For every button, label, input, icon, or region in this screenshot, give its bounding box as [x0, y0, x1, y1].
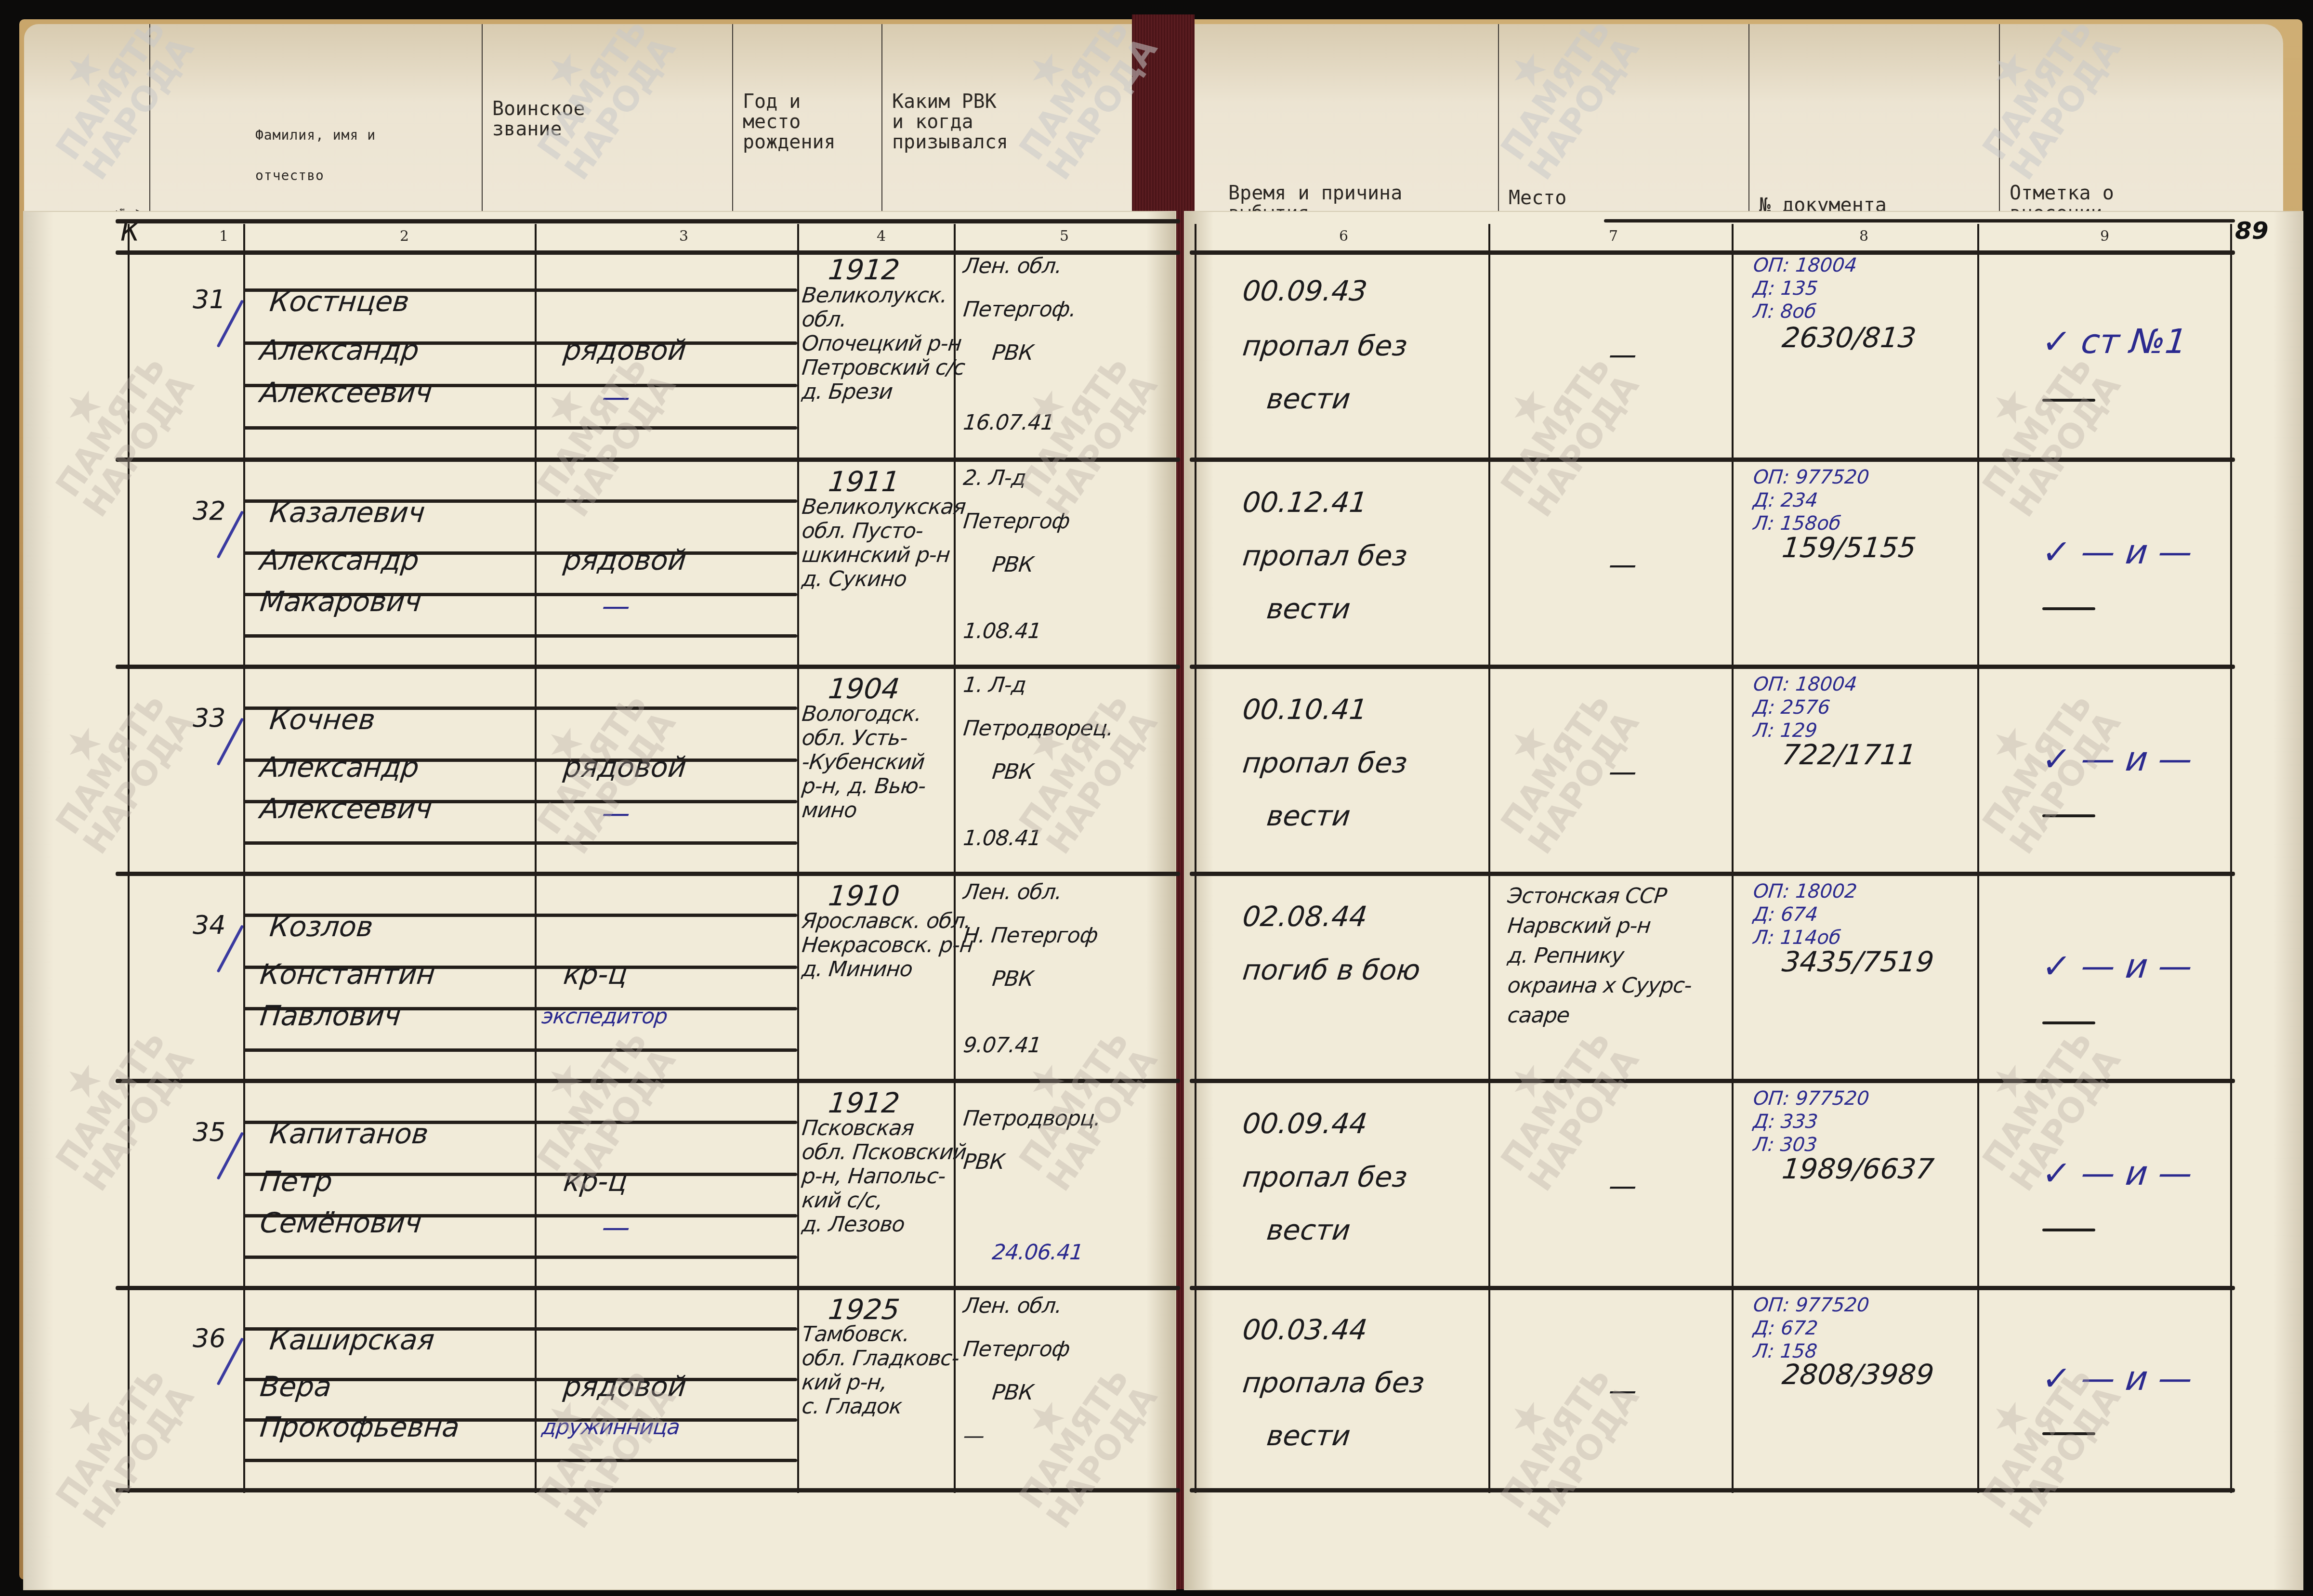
document-ref-op: ОП: 18004 [1752, 674, 1858, 695]
document-ref-l: Л: 158об [1752, 513, 1842, 534]
column-number: 6 [1339, 228, 1348, 245]
column-divider [535, 224, 537, 1493]
memory-book-mark: ✓ — и — [2041, 1363, 2194, 1393]
name-sub-rule [243, 1048, 797, 1052]
memory-book-mark: ✓ — и — [2041, 951, 2194, 981]
birth-place-line: Тамбовск. [801, 1323, 910, 1346]
first-name: Петр [259, 1166, 334, 1196]
departure-reason: погиб в бою [1241, 955, 1422, 985]
document-ref-d: Д: 333 [1752, 1111, 1819, 1132]
departure-date: 00.12.41 [1241, 487, 1369, 517]
column-divider [1977, 224, 1979, 1493]
conscription-line: РВК [991, 341, 1034, 365]
birth-year: 1904 [827, 674, 901, 704]
birth-year: 1910 [827, 881, 901, 911]
mark-dash [2042, 1432, 2095, 1435]
departure-date: 00.03.44 [1241, 1315, 1369, 1345]
birth-place-line: мино [801, 799, 858, 822]
conscription-line: — [962, 1425, 985, 1448]
birth-place-line: кий р-н, [801, 1371, 888, 1394]
name-sub-rule [243, 1459, 797, 1462]
row-separator [116, 1286, 1180, 1290]
burial-place: — [1607, 1375, 1639, 1405]
document-ref-d: Д: 672 [1752, 1318, 1819, 1339]
conscription-line: 2. Л-д [962, 467, 1026, 490]
birth-place-line: д. Минино [801, 958, 913, 981]
first-name: Александр [259, 752, 421, 782]
birth-place-line: -Кубенский [801, 751, 925, 774]
departure-date: 00.10.41 [1241, 694, 1369, 724]
first-name: Александр [259, 335, 421, 365]
entry-number: 35 [193, 1117, 226, 1147]
patronymic: Павлович [259, 1001, 403, 1031]
surname: Костнцев [268, 287, 411, 316]
conscription-line: Петергоф [962, 510, 1070, 533]
departure-reason: пропал без [1241, 331, 1409, 361]
conscription-line: Н. Петергоф [962, 924, 1099, 947]
birth-year: 1912 [827, 255, 901, 285]
column-divider [243, 224, 245, 1493]
column-number: 8 [1859, 228, 1868, 245]
document-ref-op: ОП: 977520 [1752, 1088, 1870, 1109]
first-name: Константин [259, 959, 437, 989]
birth-place-line: обл. Усть- [801, 727, 908, 750]
rank-note: — [601, 1212, 632, 1242]
birth-place-line: Петровский с/с [801, 356, 966, 379]
document-ref-l: Л: 8об [1752, 301, 1817, 322]
column-number: 3 [679, 228, 688, 245]
column-number: 2 [400, 228, 409, 245]
document-number: 722/1711 [1781, 740, 1918, 770]
first-name: Александр [259, 545, 421, 575]
rank: рядовой [562, 545, 688, 575]
row-separator [116, 1488, 1180, 1492]
birth-place-line: Великолукск. [801, 284, 948, 307]
name-sub-rule [243, 426, 797, 430]
mark-dash [2042, 607, 2095, 610]
birth-place-line: д. Брези [801, 380, 894, 404]
birth-year: 1912 [827, 1088, 901, 1118]
rank-note: — [601, 591, 632, 621]
column-divider [954, 224, 956, 1493]
burial-place: — [1607, 757, 1639, 786]
document-ref-l: Л: 114об [1752, 927, 1842, 948]
rank: кр-ц [562, 959, 629, 989]
burial-place: — [1607, 1171, 1639, 1201]
departure-date: 00.09.44 [1241, 1109, 1369, 1138]
departure-reason: пропал без [1241, 541, 1409, 571]
burial-place-line: окраина х Суурс- [1506, 974, 1693, 997]
conscription-line: Петродворец. [962, 717, 1114, 740]
departure-reason: вести [1265, 594, 1352, 624]
birth-place-line: р-н, Напольс- [801, 1165, 946, 1188]
birth-place-line: шкинский р-н [801, 544, 951, 567]
surname: Кочнев [268, 705, 377, 734]
surname: Капитанов [268, 1119, 430, 1149]
conscription-line: Лен. обл. [962, 1295, 1063, 1318]
document-ref-d: Д: 674 [1752, 904, 1819, 925]
departure-reason: пропал без [1241, 1162, 1409, 1192]
document-ref-op: ОП: 977520 [1752, 467, 1870, 488]
document-ref-op: ОП: 977520 [1752, 1295, 1870, 1316]
departure-date: 00.09.43 [1241, 276, 1369, 306]
column-number: 7 [1609, 228, 1618, 245]
row-separator [1190, 872, 2235, 876]
birth-place-line: д. Сукино [801, 568, 907, 591]
surname: Каширская [268, 1325, 436, 1355]
patronymic: Семёнович [259, 1208, 423, 1238]
conscription-line: РВК [991, 1381, 1034, 1404]
conscription-line: 1.08.41 [962, 620, 1042, 643]
mark-dash [2042, 399, 2095, 402]
conscription-line: Лен. обл. [962, 881, 1063, 904]
rank-note: — [601, 798, 632, 828]
conscription-line: 1. Л-д [962, 674, 1026, 697]
entry-number: 36 [193, 1323, 226, 1353]
memory-book-mark: ✓ — и — [2041, 537, 2194, 567]
surname: Козлов [268, 912, 375, 942]
birth-place-line: обл. [801, 308, 847, 331]
departure-reason: вести [1265, 1421, 1352, 1451]
birth-place-line: обл. Пусто- [801, 520, 924, 543]
conscription-line: 16.07.41 [962, 411, 1055, 434]
row-separator [1190, 1079, 2235, 1083]
document-ref-d: Д: 135 [1752, 278, 1819, 299]
page-folio-number: 89 [2235, 217, 2269, 245]
header-rule [116, 219, 1180, 223]
memory-book-mark: ✓ ст №1 [2041, 327, 2188, 356]
ledger-book: №№ п/п Фамилия, имя и отчество Воинское … [0, 0, 2313, 1596]
name-sub-rule [243, 634, 797, 638]
rank: рядовой [562, 335, 688, 365]
patronymic: Алексеевич [259, 378, 434, 407]
conscription-line: РВК [991, 760, 1034, 784]
mark-dash [2042, 1021, 2095, 1024]
column-divider [1488, 224, 1490, 1493]
mark-dash [2042, 1229, 2095, 1231]
document-number: 2808/3989 [1781, 1360, 1935, 1389]
patronymic: Прокофьевна [259, 1412, 461, 1442]
conscription-line: РВК [991, 553, 1034, 576]
birth-place-line: Великолукская [801, 496, 966, 519]
birth-place-line: Ярославск. обл. [801, 910, 972, 933]
birth-place-line: Псковская [801, 1117, 915, 1140]
name-sub-rule [243, 1256, 797, 1259]
row-separator [116, 665, 1180, 669]
conscription-line: Петродворц. [962, 1107, 1102, 1130]
birth-place-line: обл. Гладковс- [801, 1347, 960, 1370]
birth-place-line: р-н, д. Вью- [801, 775, 926, 798]
burial-place: — [1607, 340, 1639, 369]
departure-reason: пропала без [1241, 1368, 1426, 1398]
entry-number: 32 [193, 496, 226, 526]
burial-place-line: Нарвский р-н [1506, 915, 1651, 938]
birth-place-line: Некрасовск. р-н [801, 934, 974, 957]
document-number: 1989/6637 [1781, 1154, 1935, 1184]
column-divider [2230, 224, 2232, 1493]
birth-year: 1925 [827, 1295, 901, 1324]
entry-number: 34 [193, 910, 226, 940]
memory-book-mark: ✓ — и — [2041, 1158, 2194, 1188]
document-ref-op: ОП: 18002 [1752, 881, 1858, 902]
patronymic: Алексеевич [259, 794, 434, 824]
birth-place-line: д. Лезово [801, 1213, 906, 1236]
entry-number: 31 [193, 284, 226, 314]
birth-place-line: Опочецкий р-н [801, 332, 962, 355]
column-divider [1732, 224, 1734, 1493]
row-separator [1190, 458, 2235, 462]
row-separator [1190, 1286, 2235, 1290]
header-rule [1604, 219, 2235, 222]
surname: Казалевич [268, 497, 427, 527]
conscription-line: 24.06.41 [991, 1241, 1084, 1264]
column-divider [1195, 224, 1196, 1493]
departure-reason: вести [1265, 801, 1352, 831]
column-number: 1 [219, 228, 228, 245]
conscription-line: Лен. обл. [962, 255, 1063, 278]
burial-place-line: Эстонская ССР [1506, 885, 1667, 908]
rank: кр-ц [562, 1166, 629, 1196]
conscription-line: РВК [991, 968, 1034, 991]
name-sub-rule [243, 841, 797, 845]
document-ref-l: Л: 129 [1752, 720, 1818, 741]
departure-reason: вести [1265, 384, 1352, 414]
departure-reason: вести [1265, 1215, 1352, 1245]
burial-place-line: д. Репнику [1506, 944, 1625, 968]
departure-reason: пропал без [1241, 748, 1409, 778]
document-ref-d: Д: 234 [1752, 490, 1819, 511]
column-number: 5 [1060, 228, 1069, 245]
document-number: 3435/7519 [1781, 947, 1935, 977]
column-number: 4 [877, 228, 886, 245]
conscription-line: 1.08.41 [962, 827, 1042, 850]
document-ref-d: Д: 2576 [1752, 697, 1831, 718]
rank: рядовой [562, 1372, 688, 1401]
header-rule [1190, 250, 2235, 255]
rank-note: экспедитор [540, 1005, 668, 1028]
conscription-line: Петергоф. [962, 298, 1077, 321]
document-number: 2630/813 [1781, 323, 1918, 353]
first-name: Вера [259, 1372, 333, 1401]
column-number: 9 [2100, 228, 2109, 245]
birth-place-line: Вологодск. [801, 703, 922, 726]
birth-place-line: кий с/с, [801, 1189, 883, 1212]
document-ref-op: ОП: 18004 [1752, 255, 1858, 276]
departure-date: 02.08.44 [1241, 902, 1369, 931]
rank-note: — [601, 382, 632, 412]
mark-dash [2042, 814, 2095, 817]
rank: рядовой [562, 752, 688, 782]
row-separator [116, 872, 1180, 876]
row-separator [116, 1079, 1180, 1083]
rank-note: дружинница [540, 1416, 681, 1439]
row-separator [1190, 1488, 2235, 1492]
conscription-line: Петергоф [962, 1338, 1070, 1361]
conscription-line: 9.07.41 [962, 1034, 1042, 1057]
row-separator [116, 458, 1180, 462]
birth-place-line: обл. Псковский [801, 1141, 967, 1164]
entry-number: 33 [193, 703, 226, 733]
memory-book-mark: ✓ — и — [2041, 744, 2194, 774]
burial-place-line: сааре [1506, 1004, 1570, 1027]
patronymic: Макарович [259, 587, 423, 616]
column-divider [128, 224, 130, 1493]
document-number: 159/5155 [1781, 533, 1918, 563]
burial-place: — [1607, 549, 1639, 579]
birth-place-line: с. Гладок [801, 1395, 903, 1418]
conscription-line: РВК [962, 1151, 1005, 1174]
birth-year: 1911 [827, 467, 901, 497]
document-ref-l: Л: 303 [1752, 1134, 1818, 1155]
row-separator [1190, 665, 2235, 669]
column-divider [797, 224, 799, 1493]
